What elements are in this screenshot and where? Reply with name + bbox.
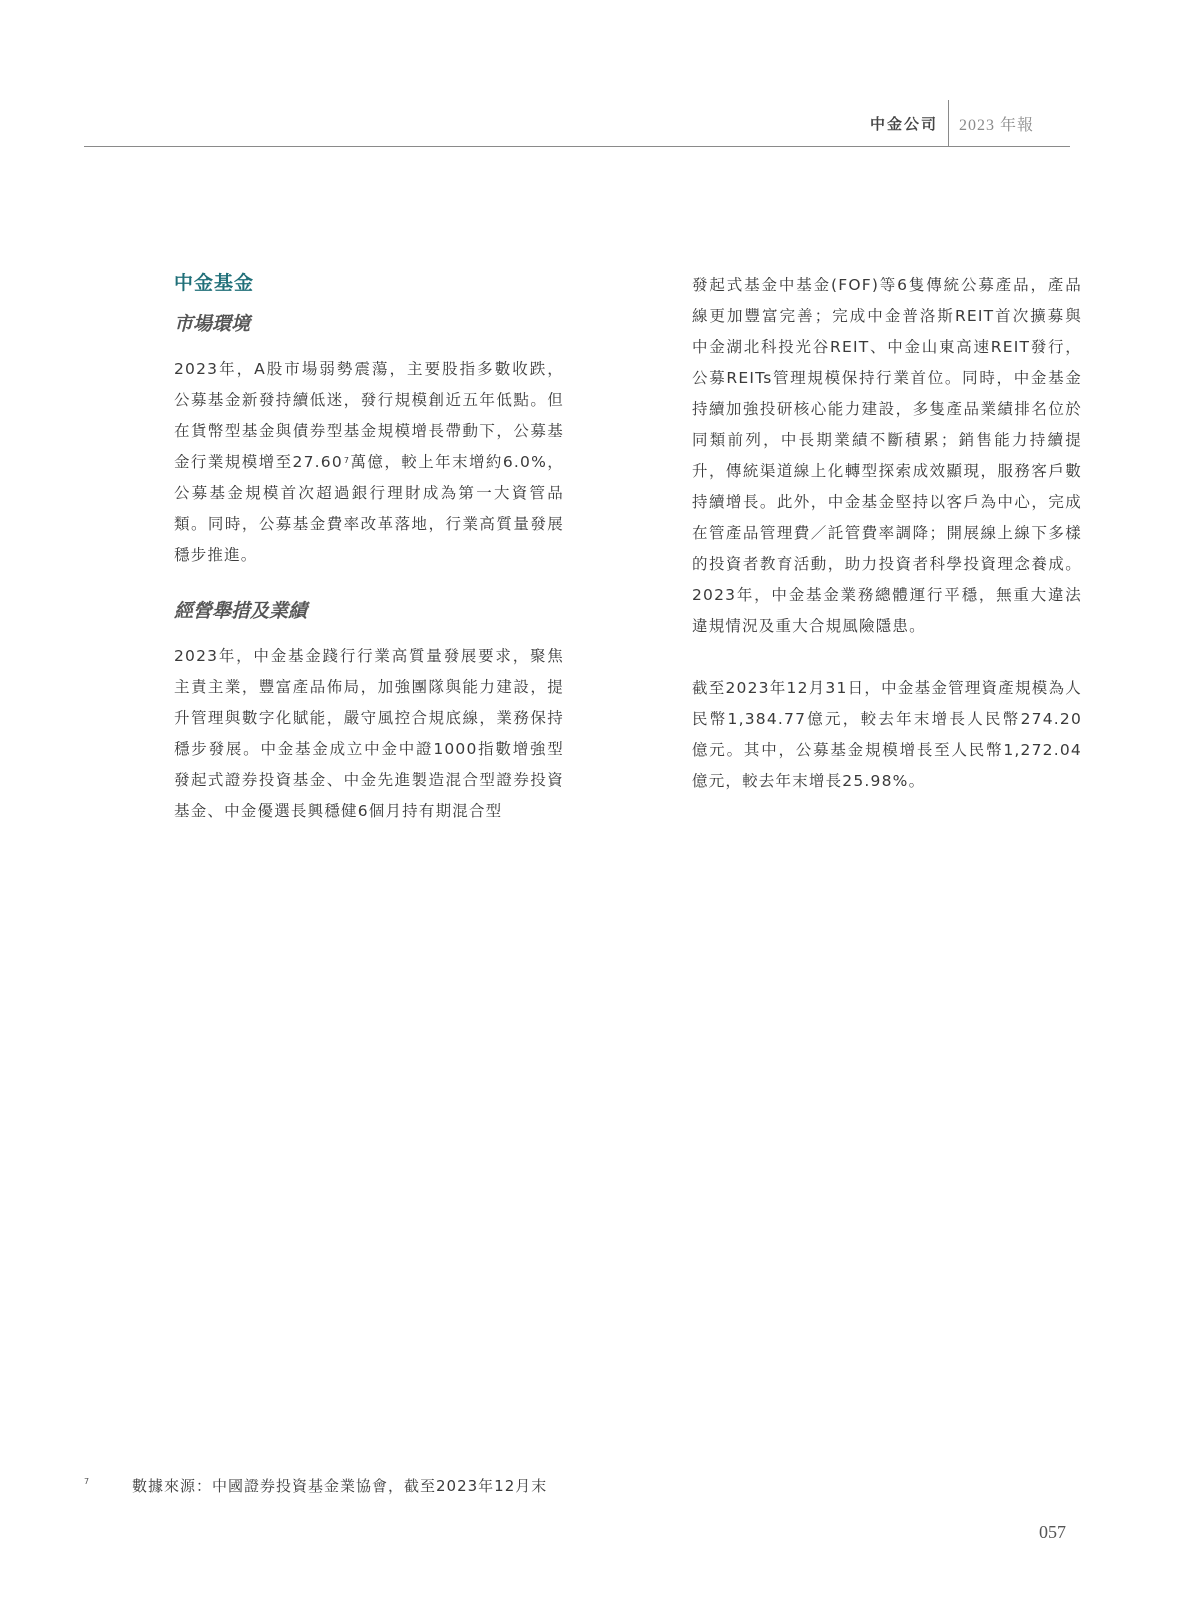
section-title: 中金基金: [174, 270, 564, 296]
footnote-text: 數據來源：中國證券投資基金業協會，截至2023年12月末: [132, 1475, 547, 1496]
left-column: 中金基金 市場環境 2023年，A股市場弱勢震蕩，主要股指多數收跌，公募基金新發…: [174, 270, 564, 827]
operations-paragraph-continued: 發起式基金中基金(FOF)等6隻傳統公募產品，產品線更加豐富完善；完成中金普洛斯…: [692, 270, 1082, 642]
header-company-name: 中金公司: [870, 113, 948, 134]
aum-paragraph: 截至2023年12月31日，中金基金管理資產規模為人民幣1,384.77億元，較…: [692, 673, 1082, 797]
right-column: 發起式基金中基金(FOF)等6隻傳統公募產品，產品線更加豐富完善；完成中金普洛斯…: [692, 270, 1082, 797]
page-number: 057: [1039, 1522, 1066, 1543]
market-environment-heading: 市場環境: [174, 310, 564, 338]
header-right: 中金公司 2023 年報: [870, 100, 1034, 146]
footnote-marker: 7: [84, 1477, 132, 1486]
header-report-title: 2023 年報: [949, 112, 1034, 135]
operations-paragraph: 2023年，中金基金踐行行業高質量發展要求，聚焦主責主業，豐富產品佈局，加強團隊…: [174, 641, 564, 827]
page-header: 中金公司 2023 年報: [84, 100, 1070, 147]
footnote-reference: 7: [344, 456, 350, 465]
operations-heading: 經營舉措及業績: [174, 597, 564, 625]
market-environment-paragraph: 2023年，A股市場弱勢震蕩，主要股指多數收跌，公募基金新發持續低迷，發行規模創…: [174, 354, 564, 571]
footnote: 7 數據來源：中國證券投資基金業協會，截至2023年12月末: [84, 1475, 547, 1496]
